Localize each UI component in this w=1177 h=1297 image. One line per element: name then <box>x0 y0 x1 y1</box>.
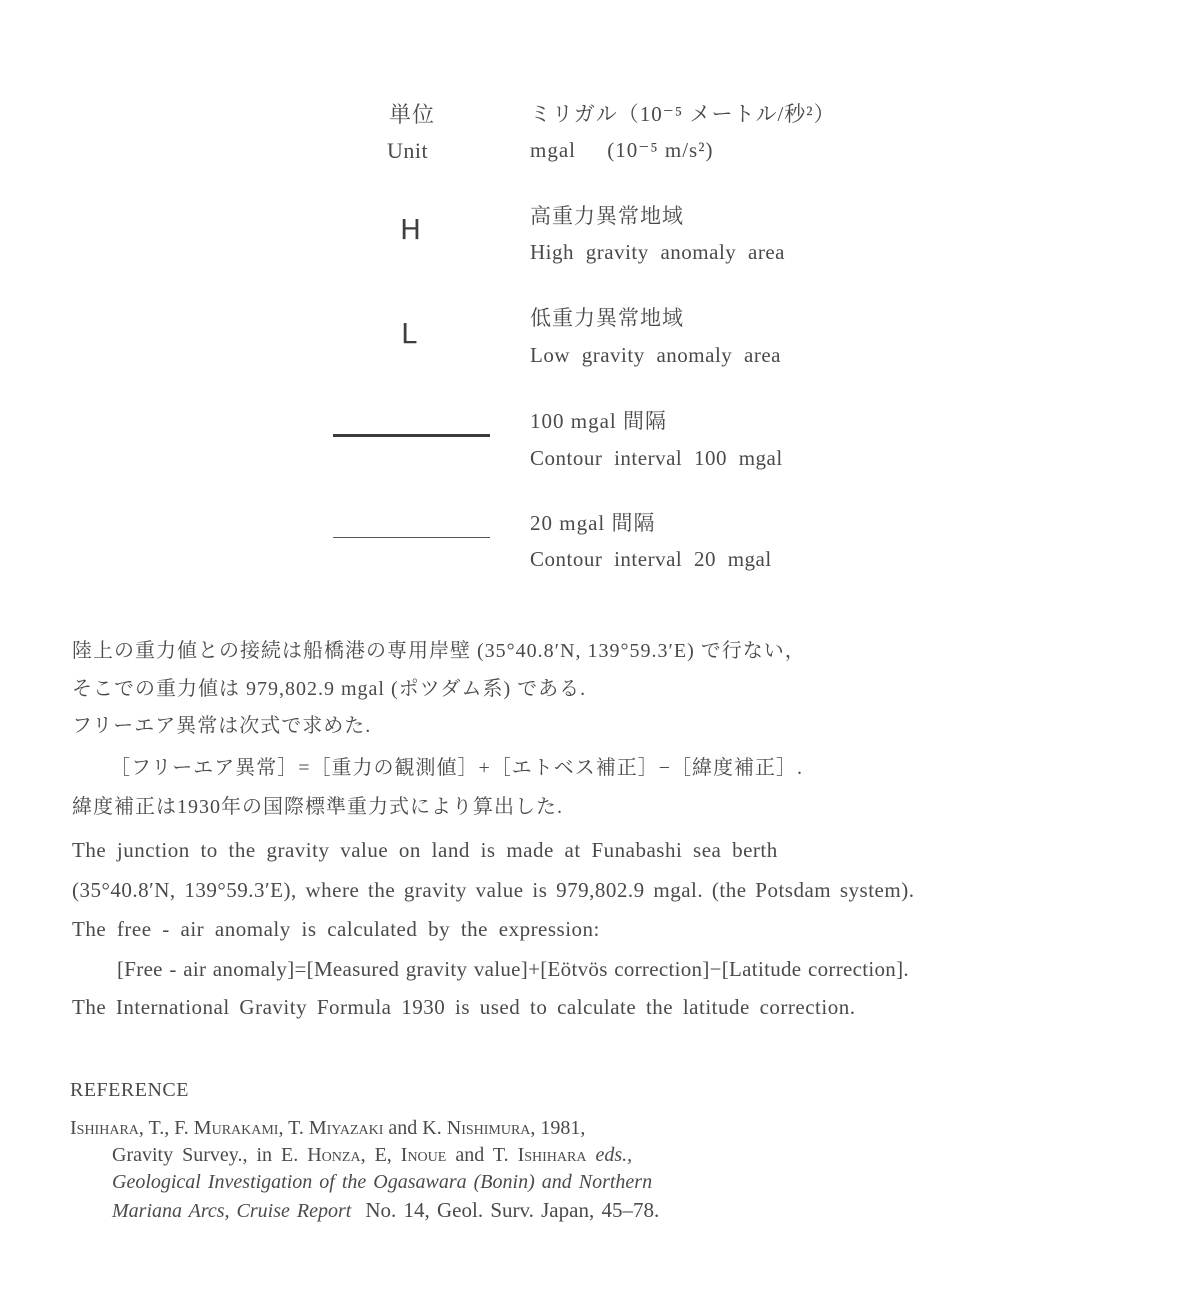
contour-20-line-icon <box>333 537 490 538</box>
note-en-line-2: (35°40.8′N, 139°59.3′E), where the gravi… <box>72 878 914 903</box>
contour-100-label-jp: 100 mgal 間隔 <box>530 405 667 435</box>
high-anomaly-label-en: High gravity anomaly area <box>530 240 785 265</box>
low-anomaly-label-en: Low gravity anomaly area <box>530 343 781 368</box>
author-3: Miyazaki <box>309 1117 384 1139</box>
note-en-formula: [Free - air anomaly]=[Measured gravity v… <box>117 957 909 982</box>
unit-value-en: mgal (10⁻⁵ m/s²) <box>530 138 714 163</box>
reference-line-2: Gravity Survey., in E. Honza, E, Inoue a… <box>112 1144 632 1167</box>
editor-3: Ishihara <box>518 1144 587 1166</box>
unit-label-jp: 単位 <box>389 98 435 129</box>
note-jp-line-5: 緯度補正は1930年の国際標準重力式により算出した. <box>72 790 563 819</box>
unit-value-jp: ミリガル（10⁻⁵ メートル/秒²） <box>530 98 836 128</box>
note-en-line-1: The junction to the gravity value on lan… <box>72 838 778 863</box>
reference-authors: Ishihara, T., F. Murakami, T. Miyazaki a… <box>70 1117 585 1140</box>
editor-2: Inoue <box>401 1144 447 1166</box>
editor-sep: , E, <box>361 1144 401 1166</box>
author-2: Murakami <box>194 1117 279 1139</box>
publication-details: No. 14, Geol. Surv. Japan, 45–78. <box>365 1198 659 1222</box>
editor-1: Honza <box>307 1144 360 1166</box>
note-en-line-3: The free - air anomaly is calculated by … <box>72 917 600 942</box>
publication-series: Mariana Arcs, Cruise Report <box>112 1200 351 1222</box>
publication-title: Geological Investigation of the Ogasawar… <box>112 1171 652 1193</box>
low-anomaly-symbol: L <box>401 317 417 350</box>
reference-title: Gravity Survey., in E. <box>112 1144 307 1166</box>
low-anomaly-label-jp: 低重力異常地域 <box>530 302 684 332</box>
note-jp-line-2: そこでの重力値は 979,802.9 mgal (ポツダム系) である. <box>72 672 586 701</box>
contour-20-label-en: Contour interval 20 mgal <box>530 547 772 572</box>
author-sep: , T. <box>278 1117 308 1139</box>
high-anomaly-label-jp: 高重力異常地域 <box>530 200 684 230</box>
author-1: Ishihara <box>70 1117 139 1139</box>
contour-20-label-jp: 20 mgal 間隔 <box>530 507 656 537</box>
author-1-initials: , T., F. <box>139 1117 194 1139</box>
contour-100-label-en: Contour interval 100 mgal <box>530 446 783 471</box>
note-en-line-5: The International Gravity Formula 1930 i… <box>72 995 855 1020</box>
reference-heading: REFERENCE <box>70 1079 189 1102</box>
editors-abbrev: eds., <box>586 1144 632 1166</box>
note-jp-line-3: フリーエア異常は次式で求めた. <box>72 709 371 738</box>
editor-sep: and T. <box>446 1144 517 1166</box>
reference-line-3: Geological Investigation of the Ogasawar… <box>112 1171 652 1194</box>
note-jp-line-1: 陸上の重力値との接続は船橋港の専用岸壁 (35°40.8′N, 139°59.3… <box>72 634 806 663</box>
reference-line-4: Mariana Arcs, Cruise Report No. 14, Geol… <box>112 1198 659 1223</box>
author-sep: and K. <box>383 1117 446 1139</box>
reference-year: , 1981, <box>530 1117 585 1139</box>
contour-100-line-icon <box>333 434 490 437</box>
author-4: Nishimura <box>447 1117 531 1139</box>
note-jp-formula: ［フリーエア異常］=［重力の観測値］+［エトベス補正］−［緯度補正］. <box>110 751 803 780</box>
high-anomaly-symbol: H <box>400 213 421 246</box>
unit-label-en: Unit <box>387 138 428 164</box>
